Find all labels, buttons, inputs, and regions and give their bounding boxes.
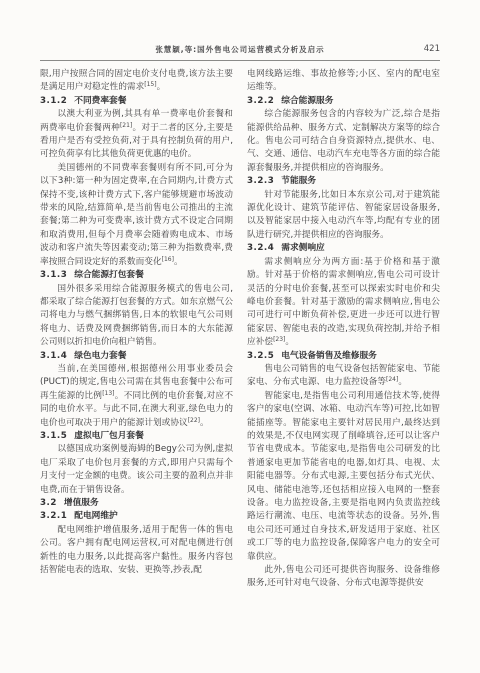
paragraph: 当前,在美国德州,根据德州公用事业委员会(PUCT)的规定,售电公司需在其售电套… — [40, 363, 233, 430]
section-heading: 3.1.4绿色电力套餐 — [40, 350, 233, 363]
section-number: 3.1.4 — [40, 350, 67, 363]
section-number: 3.2.5 — [247, 350, 274, 363]
section-title: 配电网维护 — [74, 511, 117, 521]
section-title: 不同费率套餐 — [74, 96, 126, 106]
section-heading: 3.2.1配电网维护 — [40, 510, 233, 523]
paragraph: 以德国成功案例曼海姆的Begy公司为例,虚拟电厂采取了电价包月套餐的方式,即用户… — [40, 443, 233, 497]
citation-ref: [24] — [386, 376, 398, 383]
citation-ref: [16] — [162, 256, 174, 263]
section-heading: 3.2增值服务 — [40, 497, 233, 510]
text-columns: 限,用户按照合同的固定电价支付电费,该方法主要是满足用户对稳定性的需求[15]。… — [40, 68, 440, 591]
citation-ref: [13] — [102, 390, 114, 397]
paragraph: 限,用户按照合同的固定电价支付电费,该方法主要是满足用户对稳定性的需求[15]。 — [40, 68, 233, 95]
section-heading: 3.1.5虚拟电厂包月套餐 — [40, 430, 233, 443]
section-number: 3.2 — [40, 497, 57, 510]
right-column: 电网线路运维、事故抢修等;小区、室内的配电室运维等。3.2.2综合能源服务综合能… — [247, 68, 440, 591]
section-title: 电气设备销售及维修服务 — [281, 351, 377, 361]
header-rule — [40, 60, 440, 61]
citation-ref: [23] — [273, 336, 285, 343]
citation-ref: [22] — [188, 417, 200, 424]
citation-ref: [21] — [120, 122, 132, 129]
paragraph: 售电公司销售的电气设备包括智能家电、节能家电、分布式电源、电力监控设备等[24]… — [247, 363, 440, 390]
citation-ref: [15] — [144, 81, 156, 88]
paragraph: 此外,售电公司还可提供咨询服务、设备维修服务,还可针对电气设备、分布式电源等提供… — [247, 564, 440, 591]
section-title: 虚拟电厂包月套餐 — [74, 431, 144, 441]
section-heading: 3.1.3综合能源打包套餐 — [40, 269, 233, 282]
running-title: 张慧颖,等:国外售电公司运营模式分析及启示 — [40, 44, 440, 55]
paragraph: 需求侧响应分为两方面:基于价格和基于激励。针对基于价格的需求侧响应,售电公司可设… — [247, 256, 440, 350]
section-title: 需求侧响应 — [281, 243, 324, 253]
section-title: 节能服务 — [281, 176, 316, 186]
paragraph: 配电网维护增值服务,适用于配售一体的售电公司。客户拥有配电网运营权,可对配电侧进… — [40, 524, 233, 578]
left-column: 限,用户按照合同的固定电价支付电费,该方法主要是满足用户对稳定性的需求[15]。… — [40, 68, 233, 591]
section-title: 综合能源服务 — [281, 96, 333, 106]
paragraph: 电网线路运维、事故抢修等;小区、室内的配电室运维等。 — [247, 68, 440, 95]
section-heading: 3.1.2不同费率套餐 — [40, 95, 233, 108]
paragraph: 以澳大利亚为例,其具有单一费率电价套餐和两费率电价套餐两种[21]。对于二者的区… — [40, 108, 233, 162]
journal-page: 张慧颖,等:国外售电公司运营模式分析及启示 421 限,用户按照合同的固定电价支… — [0, 0, 480, 673]
section-heading: 3.2.5电气设备销售及维修服务 — [247, 350, 440, 363]
paragraph: 智能家电,是指售电公司利用通信技术等,使得客户的家电(空调、冰箱、电动汽车等)可… — [247, 390, 440, 564]
section-number: 3.2.3 — [247, 175, 274, 188]
section-number: 3.2.1 — [40, 510, 67, 523]
section-title: 综合能源打包套餐 — [74, 270, 144, 280]
page-header: 张慧颖,等:国外售电公司运营模式分析及启示 421 — [40, 44, 440, 58]
page-number: 421 — [424, 44, 440, 54]
paragraph: 美国德州的不同费率套餐则有所不同,可分为以下3种:第一种为固定费率,在合同期内,… — [40, 162, 233, 269]
section-number: 3.1.5 — [40, 430, 67, 443]
section-number: 3.2.4 — [247, 242, 274, 255]
section-number: 3.1.2 — [40, 95, 67, 108]
section-title: 增值服务 — [64, 498, 99, 508]
section-number: 3.1.3 — [40, 269, 67, 282]
section-heading: 3.2.2综合能源服务 — [247, 95, 440, 108]
section-number: 3.2.2 — [247, 95, 274, 108]
section-title: 绿色电力套餐 — [74, 351, 126, 361]
section-heading: 3.2.4需求侧响应 — [247, 242, 440, 255]
paragraph: 国外很多采用综合能源服务模式的售电公司,都采取了综合能源打包套餐的方式。如东京燃… — [40, 283, 233, 350]
paragraph: 综合能源服务包含的内容较为广泛,综合是指能源供给品种、服务方式、定制解决方案等的… — [247, 108, 440, 175]
paragraph: 针对节能服务,比如日本东京公司,对于建筑能源优化设计、建筑节能评估、智能家居设备… — [247, 189, 440, 243]
section-heading: 3.2.3节能服务 — [247, 175, 440, 188]
